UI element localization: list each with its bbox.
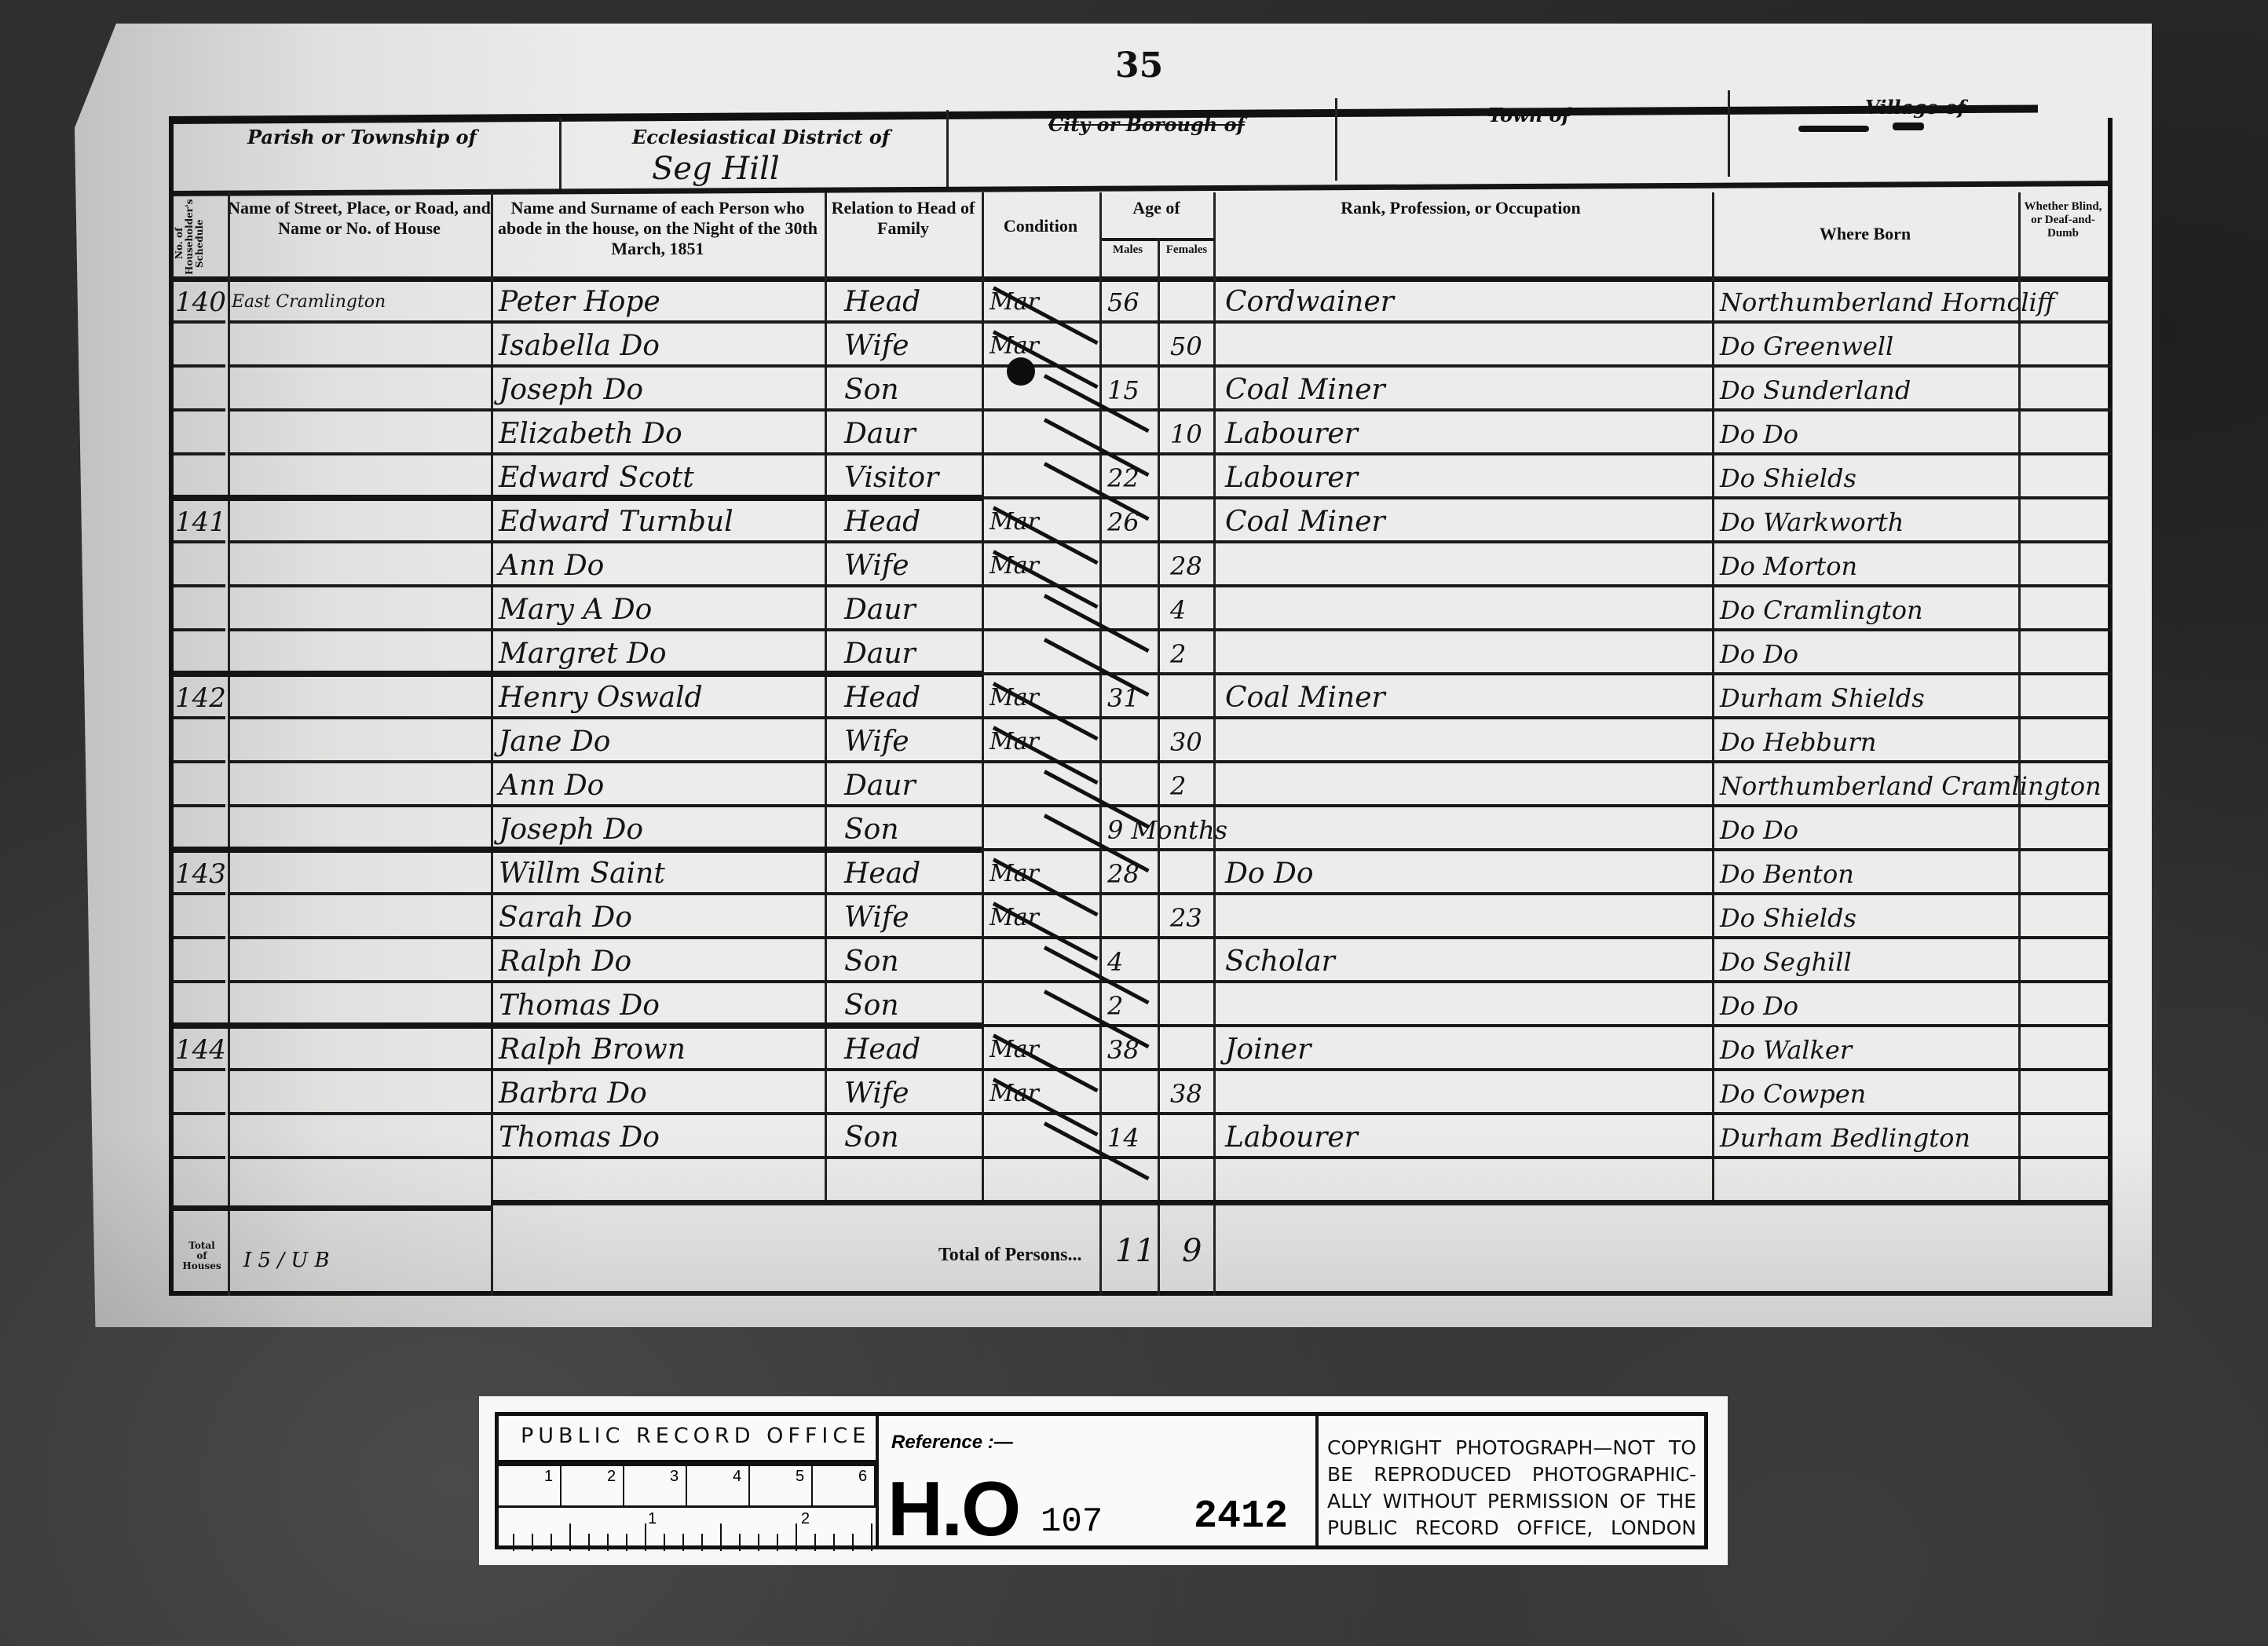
ruler-number: 6 bbox=[858, 1468, 867, 1486]
table-row: Barbra DoWifeMar38Do Cowpen bbox=[169, 1071, 2113, 1115]
occupation: Labourer bbox=[1225, 1118, 1358, 1158]
rule bbox=[1099, 238, 1213, 241]
table-row: Ann DoWifeMar28Do Morton bbox=[169, 543, 2113, 587]
rule bbox=[169, 1205, 491, 1211]
household-separator bbox=[174, 1022, 982, 1029]
ruler-number: 1 bbox=[648, 1510, 657, 1528]
where-born: Do Benton bbox=[1720, 854, 1854, 894]
person-name: Willm Saint bbox=[499, 854, 665, 894]
ecclesiastical-value: Seg Hill bbox=[652, 151, 780, 187]
occupation: Joiner bbox=[1225, 1030, 1311, 1070]
person-name: Ann Do bbox=[499, 547, 604, 586]
age-female: 10 bbox=[1170, 415, 1202, 454]
city-label: City or Borough of bbox=[1048, 113, 1245, 136]
person-name: Mary A Do bbox=[499, 591, 652, 630]
ruler-tick bbox=[569, 1523, 571, 1551]
ruler-tick bbox=[871, 1523, 872, 1551]
reference-class: 107 bbox=[1041, 1502, 1103, 1542]
relation: Wife bbox=[844, 722, 909, 762]
relation: Visitor bbox=[844, 459, 938, 498]
relation: Head bbox=[844, 854, 920, 894]
col-header-blind: Whether Blind, or Deaf-and-Dumb bbox=[2020, 200, 2106, 279]
ruler-number: 2 bbox=[607, 1468, 616, 1486]
table-row: Edward ScottVisitor22LabourerDo Shields bbox=[169, 455, 2113, 499]
ruler-tick bbox=[532, 1534, 533, 1551]
occupation: Labourer bbox=[1225, 415, 1358, 454]
where-born: Do Shields bbox=[1720, 459, 1856, 498]
occupation: Coal Miner bbox=[1225, 371, 1385, 410]
age-female: 4 bbox=[1170, 591, 1186, 630]
age-male: 26 bbox=[1107, 503, 1139, 542]
occupation: Coal Miner bbox=[1225, 503, 1385, 542]
ruler-tick bbox=[588, 1534, 590, 1551]
ruler-tick bbox=[701, 1534, 703, 1551]
rule bbox=[499, 1505, 876, 1508]
person-name: Edward Scott bbox=[499, 459, 694, 498]
age-female: 2 bbox=[1170, 766, 1186, 806]
ruler-division bbox=[560, 1466, 562, 1505]
relation: Son bbox=[844, 1118, 899, 1158]
occupation: Coal Miner bbox=[1225, 679, 1385, 718]
table-row: 140East CramlingtonPeter HopeHeadMar56Co… bbox=[169, 280, 2113, 324]
ruler-number: 5 bbox=[796, 1468, 804, 1486]
person-name: Joseph Do bbox=[499, 371, 643, 410]
where-born: Do Hebburn bbox=[1720, 722, 1876, 762]
where-born: Do Greenwell bbox=[1720, 327, 1893, 366]
copyright-notice: COPYRIGHT PHOTOGRAPH—NOT TO BE REPRODUCE… bbox=[1327, 1435, 1696, 1542]
where-born: Do Shields bbox=[1720, 898, 1856, 938]
relation: Daur bbox=[844, 415, 916, 454]
table-row: 141Edward TurnbulHeadMar26Coal MinerDo W… bbox=[169, 499, 2113, 543]
table-row: Joseph DoSon15Coal MinerDo Sunderland bbox=[169, 368, 2113, 411]
parish-label: Parish or Township of bbox=[247, 126, 477, 148]
ruler-number: 2 bbox=[801, 1510, 810, 1528]
ruler-tick bbox=[758, 1534, 759, 1551]
ruler-tick bbox=[513, 1534, 514, 1551]
person-name: Barbra Do bbox=[499, 1074, 647, 1114]
person-name: Elizabeth Do bbox=[499, 415, 682, 454]
age-female: 28 bbox=[1170, 547, 1202, 586]
where-born: Durham Bedlington bbox=[1720, 1118, 1970, 1158]
age-female: 2 bbox=[1170, 635, 1186, 674]
divider bbox=[946, 110, 949, 188]
pro-label-frame: PUBLIC RECORD OFFICE 12345612 Reference … bbox=[495, 1412, 1708, 1549]
pro-reference-label: PUBLIC RECORD OFFICE 12345612 Reference … bbox=[479, 1396, 1728, 1565]
table-row: Sarah DoWifeMar23Do Shields bbox=[169, 895, 2113, 939]
scale-ruler: 12345612 bbox=[499, 1463, 876, 1551]
schedule-number: 141 bbox=[175, 503, 226, 542]
person-name: Edward Turnbul bbox=[499, 503, 733, 542]
rule bbox=[491, 1200, 2113, 1205]
where-born: Northumberland Cramlington bbox=[1720, 766, 2102, 806]
ruler-tick bbox=[664, 1534, 665, 1551]
total-persons-label: Total of Persons... bbox=[938, 1245, 1081, 1266]
relation: Head bbox=[844, 1030, 920, 1070]
ruler-tick bbox=[777, 1534, 778, 1551]
age-female: 50 bbox=[1170, 327, 1202, 366]
col-header-name: Name and Surname of each Person who abod… bbox=[491, 198, 825, 276]
where-born: Do Do bbox=[1720, 415, 1798, 454]
household-separator bbox=[174, 671, 982, 677]
village-label: Village of bbox=[1865, 96, 1966, 119]
person-name: Ralph Brown bbox=[499, 1030, 686, 1070]
total-houses-value: I 5 / U B bbox=[243, 1249, 330, 1272]
person-name: Margret Do bbox=[499, 635, 667, 674]
ruler-tick bbox=[645, 1523, 646, 1551]
schedule-number: 143 bbox=[175, 854, 226, 894]
town-label: Town of bbox=[1488, 104, 1570, 126]
ruler-division bbox=[686, 1466, 687, 1505]
age-female: 38 bbox=[1170, 1074, 1202, 1114]
col-header-relation: Relation to Head of Family bbox=[825, 198, 982, 276]
age-male: 15 bbox=[1107, 371, 1139, 410]
occupation: Cordwainer bbox=[1225, 283, 1394, 322]
age-male: 9 Months bbox=[1107, 810, 1227, 850]
ruler-number: 4 bbox=[733, 1468, 741, 1486]
divider bbox=[1728, 90, 1730, 177]
relation: Son bbox=[844, 371, 899, 410]
age-male: 28 bbox=[1107, 854, 1139, 894]
ruler-division bbox=[811, 1466, 813, 1505]
location-header: Parish or Township of Ecclesiastical Dis… bbox=[169, 118, 2113, 192]
reference-piece: 2412 bbox=[1194, 1494, 1288, 1539]
divider bbox=[1335, 98, 1337, 181]
person-name: Thomas Do bbox=[499, 1118, 660, 1158]
page-number: 35 bbox=[1115, 46, 1163, 86]
where-born: Do Seghill bbox=[1720, 942, 1852, 982]
where-born: Do Cramlington bbox=[1720, 591, 1923, 630]
col-header-schedule: No. of Householder's Schedule bbox=[174, 212, 221, 275]
schedule-number: 140 bbox=[175, 283, 226, 322]
relation: Son bbox=[844, 810, 899, 850]
person-name: Thomas Do bbox=[499, 986, 660, 1026]
ruler-tick bbox=[551, 1534, 552, 1551]
table-row: Thomas DoSon14LabourerDurham Bedlington bbox=[169, 1115, 2113, 1159]
where-born: Do Do bbox=[1720, 635, 1798, 674]
age-male: 14 bbox=[1107, 1118, 1139, 1158]
age-male: 22 bbox=[1107, 459, 1139, 498]
person-name: Ann Do bbox=[499, 766, 604, 806]
relation: Daur bbox=[844, 591, 916, 630]
age-male: 2 bbox=[1107, 986, 1123, 1026]
relation: Daur bbox=[844, 635, 916, 674]
ruler-division bbox=[748, 1466, 750, 1505]
table-row: Ann DoDaur2Northumberland Cramlington bbox=[169, 763, 2113, 807]
relation: Daur bbox=[844, 766, 916, 806]
scribble-mark bbox=[1893, 123, 1924, 130]
table-row: Thomas DoSon2Do Do bbox=[169, 983, 2113, 1027]
table-row: Mary A DoDaur4Do Cramlington bbox=[169, 587, 2113, 631]
relation: Wife bbox=[844, 547, 909, 586]
age-female: 30 bbox=[1170, 722, 1202, 762]
person-name: Sarah Do bbox=[499, 898, 632, 938]
person-name: Jane Do bbox=[499, 722, 610, 762]
relation: Wife bbox=[844, 327, 909, 366]
reference-label: Reference :— bbox=[891, 1432, 1013, 1454]
age-male: 31 bbox=[1107, 679, 1139, 718]
age-female: 23 bbox=[1170, 898, 1202, 938]
occupation: Scholar bbox=[1225, 942, 1335, 982]
street-name: East Cramlington bbox=[232, 283, 386, 322]
where-born: Northumberland Horncliff bbox=[1720, 283, 2054, 322]
age-male: 56 bbox=[1107, 283, 1139, 322]
ruler-tick bbox=[852, 1534, 854, 1551]
table-row: Margret DoDaur2Do Do bbox=[169, 631, 2113, 675]
reference-department: H.O bbox=[887, 1469, 1019, 1548]
divider bbox=[876, 1416, 879, 1545]
total-houses-label: Total of Houses bbox=[182, 1241, 221, 1271]
total-males: 11 bbox=[1115, 1233, 1155, 1269]
relation: Head bbox=[844, 679, 920, 718]
table-row: Isabella DoWifeMar50Do Greenwell bbox=[169, 324, 2113, 368]
table-row: 143Willm SaintHeadMar28Do DoDo Benton bbox=[169, 851, 2113, 895]
scribble-mark bbox=[1798, 126, 1869, 132]
age-male: 38 bbox=[1107, 1030, 1139, 1070]
relation: Son bbox=[844, 942, 899, 982]
household-separator bbox=[174, 847, 982, 853]
person-name: Ralph Do bbox=[499, 942, 631, 982]
table-row: Ralph DoSon4ScholarDo Seghill bbox=[169, 939, 2113, 983]
where-born: Durham Shields bbox=[1720, 679, 1925, 718]
divider bbox=[559, 118, 562, 192]
age-male: 4 bbox=[1107, 942, 1123, 982]
schedule-number: 142 bbox=[175, 679, 226, 718]
pro-title: PUBLIC RECORD OFFICE bbox=[521, 1424, 870, 1448]
person-name: Henry Oswald bbox=[499, 679, 703, 718]
ruler-tick bbox=[607, 1534, 609, 1551]
table-row: Elizabeth DoDaur10LabourerDo Do bbox=[169, 411, 2113, 455]
ruler-tick bbox=[814, 1534, 816, 1551]
table-row: Jane DoWifeMar30Do Hebburn bbox=[169, 719, 2113, 763]
ruler-number: 1 bbox=[544, 1468, 553, 1486]
ruler-tick bbox=[796, 1523, 797, 1551]
ruler-tick bbox=[626, 1534, 627, 1551]
relation: Wife bbox=[844, 1074, 909, 1114]
rule bbox=[228, 1156, 2113, 1159]
ruler-tick bbox=[833, 1534, 835, 1551]
where-born: Do Warkworth bbox=[1720, 503, 1904, 542]
where-born: Do Morton bbox=[1720, 547, 1857, 586]
where-born: Do Do bbox=[1720, 810, 1798, 850]
table-row: Joseph DoSon9 MonthsDo Do bbox=[169, 807, 2113, 851]
col-header-street: Name of Street, Place, or Road, and Name… bbox=[228, 198, 491, 276]
relation: Son bbox=[844, 986, 899, 1026]
table-row: 144Ralph BrownHeadMar38JoinerDo Walker bbox=[169, 1027, 2113, 1071]
where-born: Do Do bbox=[1720, 986, 1798, 1026]
occupation: Do Do bbox=[1225, 854, 1314, 894]
where-born: Do Sunderland bbox=[1720, 371, 1911, 410]
where-born: Do Walker bbox=[1720, 1030, 1852, 1070]
ruler-division bbox=[623, 1466, 624, 1505]
ruler-tick bbox=[739, 1534, 741, 1551]
ink-blot bbox=[1007, 357, 1035, 386]
person-name: Joseph Do bbox=[499, 810, 643, 850]
rule bbox=[174, 1156, 225, 1159]
table-row: 142Henry OswaldHeadMar31Coal MinerDurham… bbox=[169, 675, 2113, 719]
relation: Wife bbox=[844, 898, 909, 938]
person-name: Peter Hope bbox=[499, 283, 660, 322]
relation: Head bbox=[844, 283, 920, 322]
ruler-number: 3 bbox=[670, 1468, 679, 1486]
person-name: Isabella Do bbox=[499, 327, 660, 366]
ruler-tick bbox=[720, 1523, 722, 1551]
where-born: Do Cowpen bbox=[1720, 1074, 1866, 1114]
col-header-occupation: Rank, Profession, or Occupation bbox=[1335, 198, 1586, 276]
household-separator bbox=[174, 495, 982, 501]
ecclesiastical-label: Ecclesiastical District of bbox=[632, 126, 890, 148]
occupation: Labourer bbox=[1225, 459, 1358, 498]
total-females: 9 bbox=[1182, 1233, 1202, 1269]
divider bbox=[1315, 1416, 1319, 1545]
ruler-tick bbox=[682, 1534, 684, 1551]
schedule-number: 144 bbox=[175, 1030, 226, 1070]
relation: Head bbox=[844, 503, 920, 542]
